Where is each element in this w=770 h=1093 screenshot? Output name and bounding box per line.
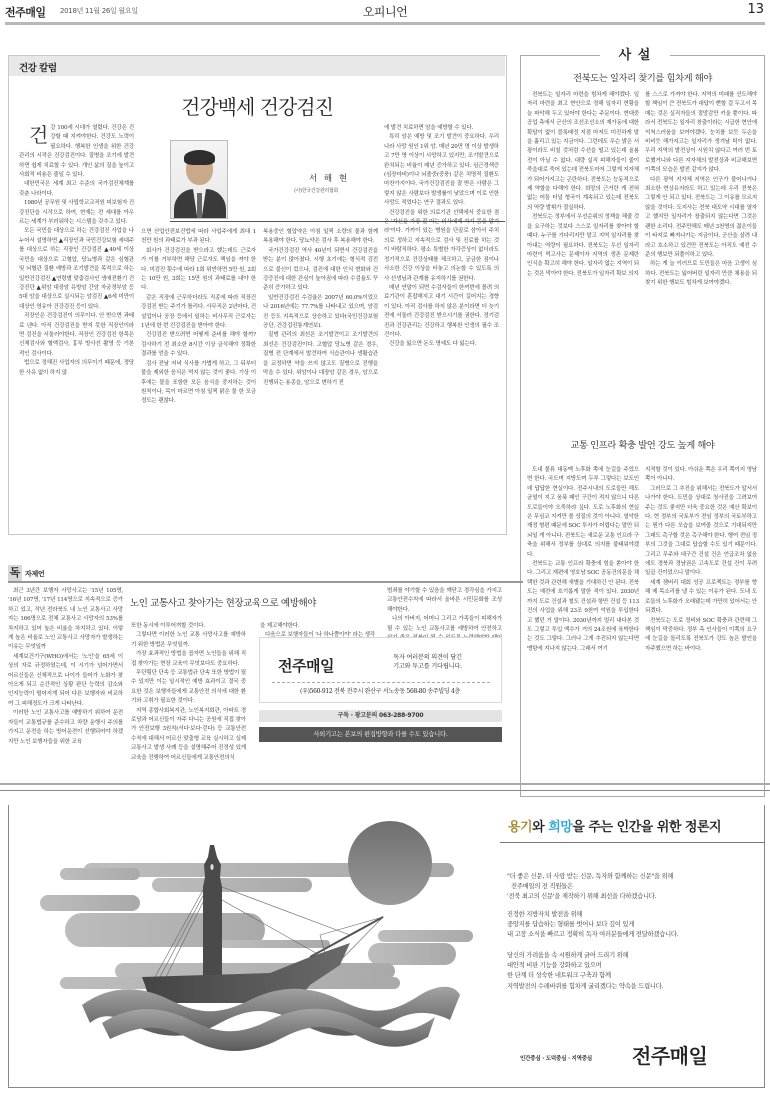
health-column-label: 건강 칼럼 xyxy=(9,56,505,76)
reader-opinion-label-first: 독 xyxy=(8,565,22,581)
editorial-2-text-col2: 지적할 것이 있다. 아쉬운 쪽은 우리 쪽이지 영남 쪽이 아니다. 그러므로… xyxy=(645,466,757,654)
contributor-logo: 전주매일 xyxy=(278,655,334,676)
author-name: 서 해 현 xyxy=(309,172,349,184)
health-column-title: 건강백세 건강검진 xyxy=(9,91,505,120)
author-photo xyxy=(170,140,228,219)
contributor-address: (우)560-912 전북 전주시 완산구 서노송동 568-80 송주빌딩 4… xyxy=(260,686,500,695)
editorial-title-2: 교통 인프라 확충 발언 강도 높게 해야 xyxy=(520,437,765,451)
dotted-divider xyxy=(272,682,490,683)
health-column-text-col3: 복용중인 혈압약은 아침 일찍 소량의 물과 함께 복용해야 한다. 당뇨약은 … xyxy=(263,228,378,388)
editorial-2-text-col1: 도내 물류 대동맥 노후화 쪽에 눈길을 주었으면 한다. 국도며 지방도며 두… xyxy=(527,466,639,654)
brand-slogan: 용기와 희망을 주는 인간을 위한 정론지 xyxy=(508,816,721,835)
brand-ad-paragraph-1: "더 좋은 신문, 더 사랑 받는 신문, 독자와 함께하는 신문"을 위해 전… xyxy=(507,872,673,903)
brand-logo: 전주매일 xyxy=(632,1040,707,1069)
section-title: 오피니언 xyxy=(0,3,770,20)
editorial-1-text-col1: 전북도는 일자리 마련을 힘차게 해야겠다. 일자리 마련을 최고 현안으로 정… xyxy=(527,91,639,279)
section-divider xyxy=(0,783,770,785)
dropcap: 건 xyxy=(29,125,48,145)
health-column-text-col1: 건 강 100세 시대가 열렸다. 건강은 건강할 때 지켜야한다. 건강도 노… xyxy=(19,124,134,378)
health-column-text-col2: 으면 산업안전보건법에 따라 사업주에게 최대 1천만 원의 과태료가 부과 된… xyxy=(141,228,256,407)
editorial-label: 사 설 xyxy=(600,44,670,63)
brand-tagline: 인간중심 · 도덕중심 · 지역중심 xyxy=(520,1054,592,1062)
reader-opinion-label: 자제언 xyxy=(25,569,44,579)
section-divider xyxy=(0,790,770,791)
author-role: (사)한국건강관리협회 xyxy=(294,187,338,194)
contributor-box: 전주매일 독자 여러분의 의견이 담긴 기고와 투고를 기다립니다. (우)56… xyxy=(259,637,502,703)
reader-opinion-text-col2: 또한 동시에 이루어져할 것이다. 그렇다면 이러한 노인 교통 사망사고를 예… xyxy=(131,622,246,763)
page-number: 13 xyxy=(747,2,764,17)
divider xyxy=(500,842,765,843)
reader-opinion-title: 노인 교통사고 찾아가는 현장교육으로 예방해야 xyxy=(130,595,316,609)
editorial-title-1: 전북도는 일자리 찾기를 힘차게 해야 xyxy=(520,70,765,84)
reader-opinion-header xyxy=(8,565,523,583)
brand-ad-paragraph-2: 진정한 지방자치 발전을 위해 중앙지를 답습하는 형태를 벗어나 보다 깊이 … xyxy=(507,910,679,941)
pen-ship-illustration-icon xyxy=(10,795,490,1093)
subscription-info: 구독 · 광고문의 063-288-9700 xyxy=(259,710,502,722)
contributor-message: 독자 여러분의 의견이 담긴 기고와 투고를 기다립니다. xyxy=(365,653,490,671)
editorial-1-text-col2: 를 스스로 가져야 한다. 지역의 미래를 선도해야 할 책임이 큰 전북도가 … xyxy=(645,91,757,289)
reader-opinion-text-col1: 최근 3년간 보행자 사망사고는 '15년 105명, '16년 107명, '… xyxy=(8,587,123,747)
masthead: 전주매일 2018년 11월 26일 월요일 오피니언 13 xyxy=(0,0,770,22)
health-column-text-col4: 에 발견 치료하면 암을 예방할 수 있다. 특히 암은 예방 및 조기 발견이… xyxy=(384,124,499,350)
contributor-disclaimer: 사외기고는 본보의 편집방향과 다를 수도 있습니다. xyxy=(259,727,502,742)
health-column: 건강 칼럼 건강백세 건강검진 건 강 100세 시대가 열렸다. 건강은 건강… xyxy=(8,55,507,535)
brand-ad-paragraph-3: 당신의 가려움을 속 시원하게 긁어 드리기 위해 대안적 비판 기능을 강화하… xyxy=(507,951,663,992)
masthead-rule xyxy=(5,22,765,25)
